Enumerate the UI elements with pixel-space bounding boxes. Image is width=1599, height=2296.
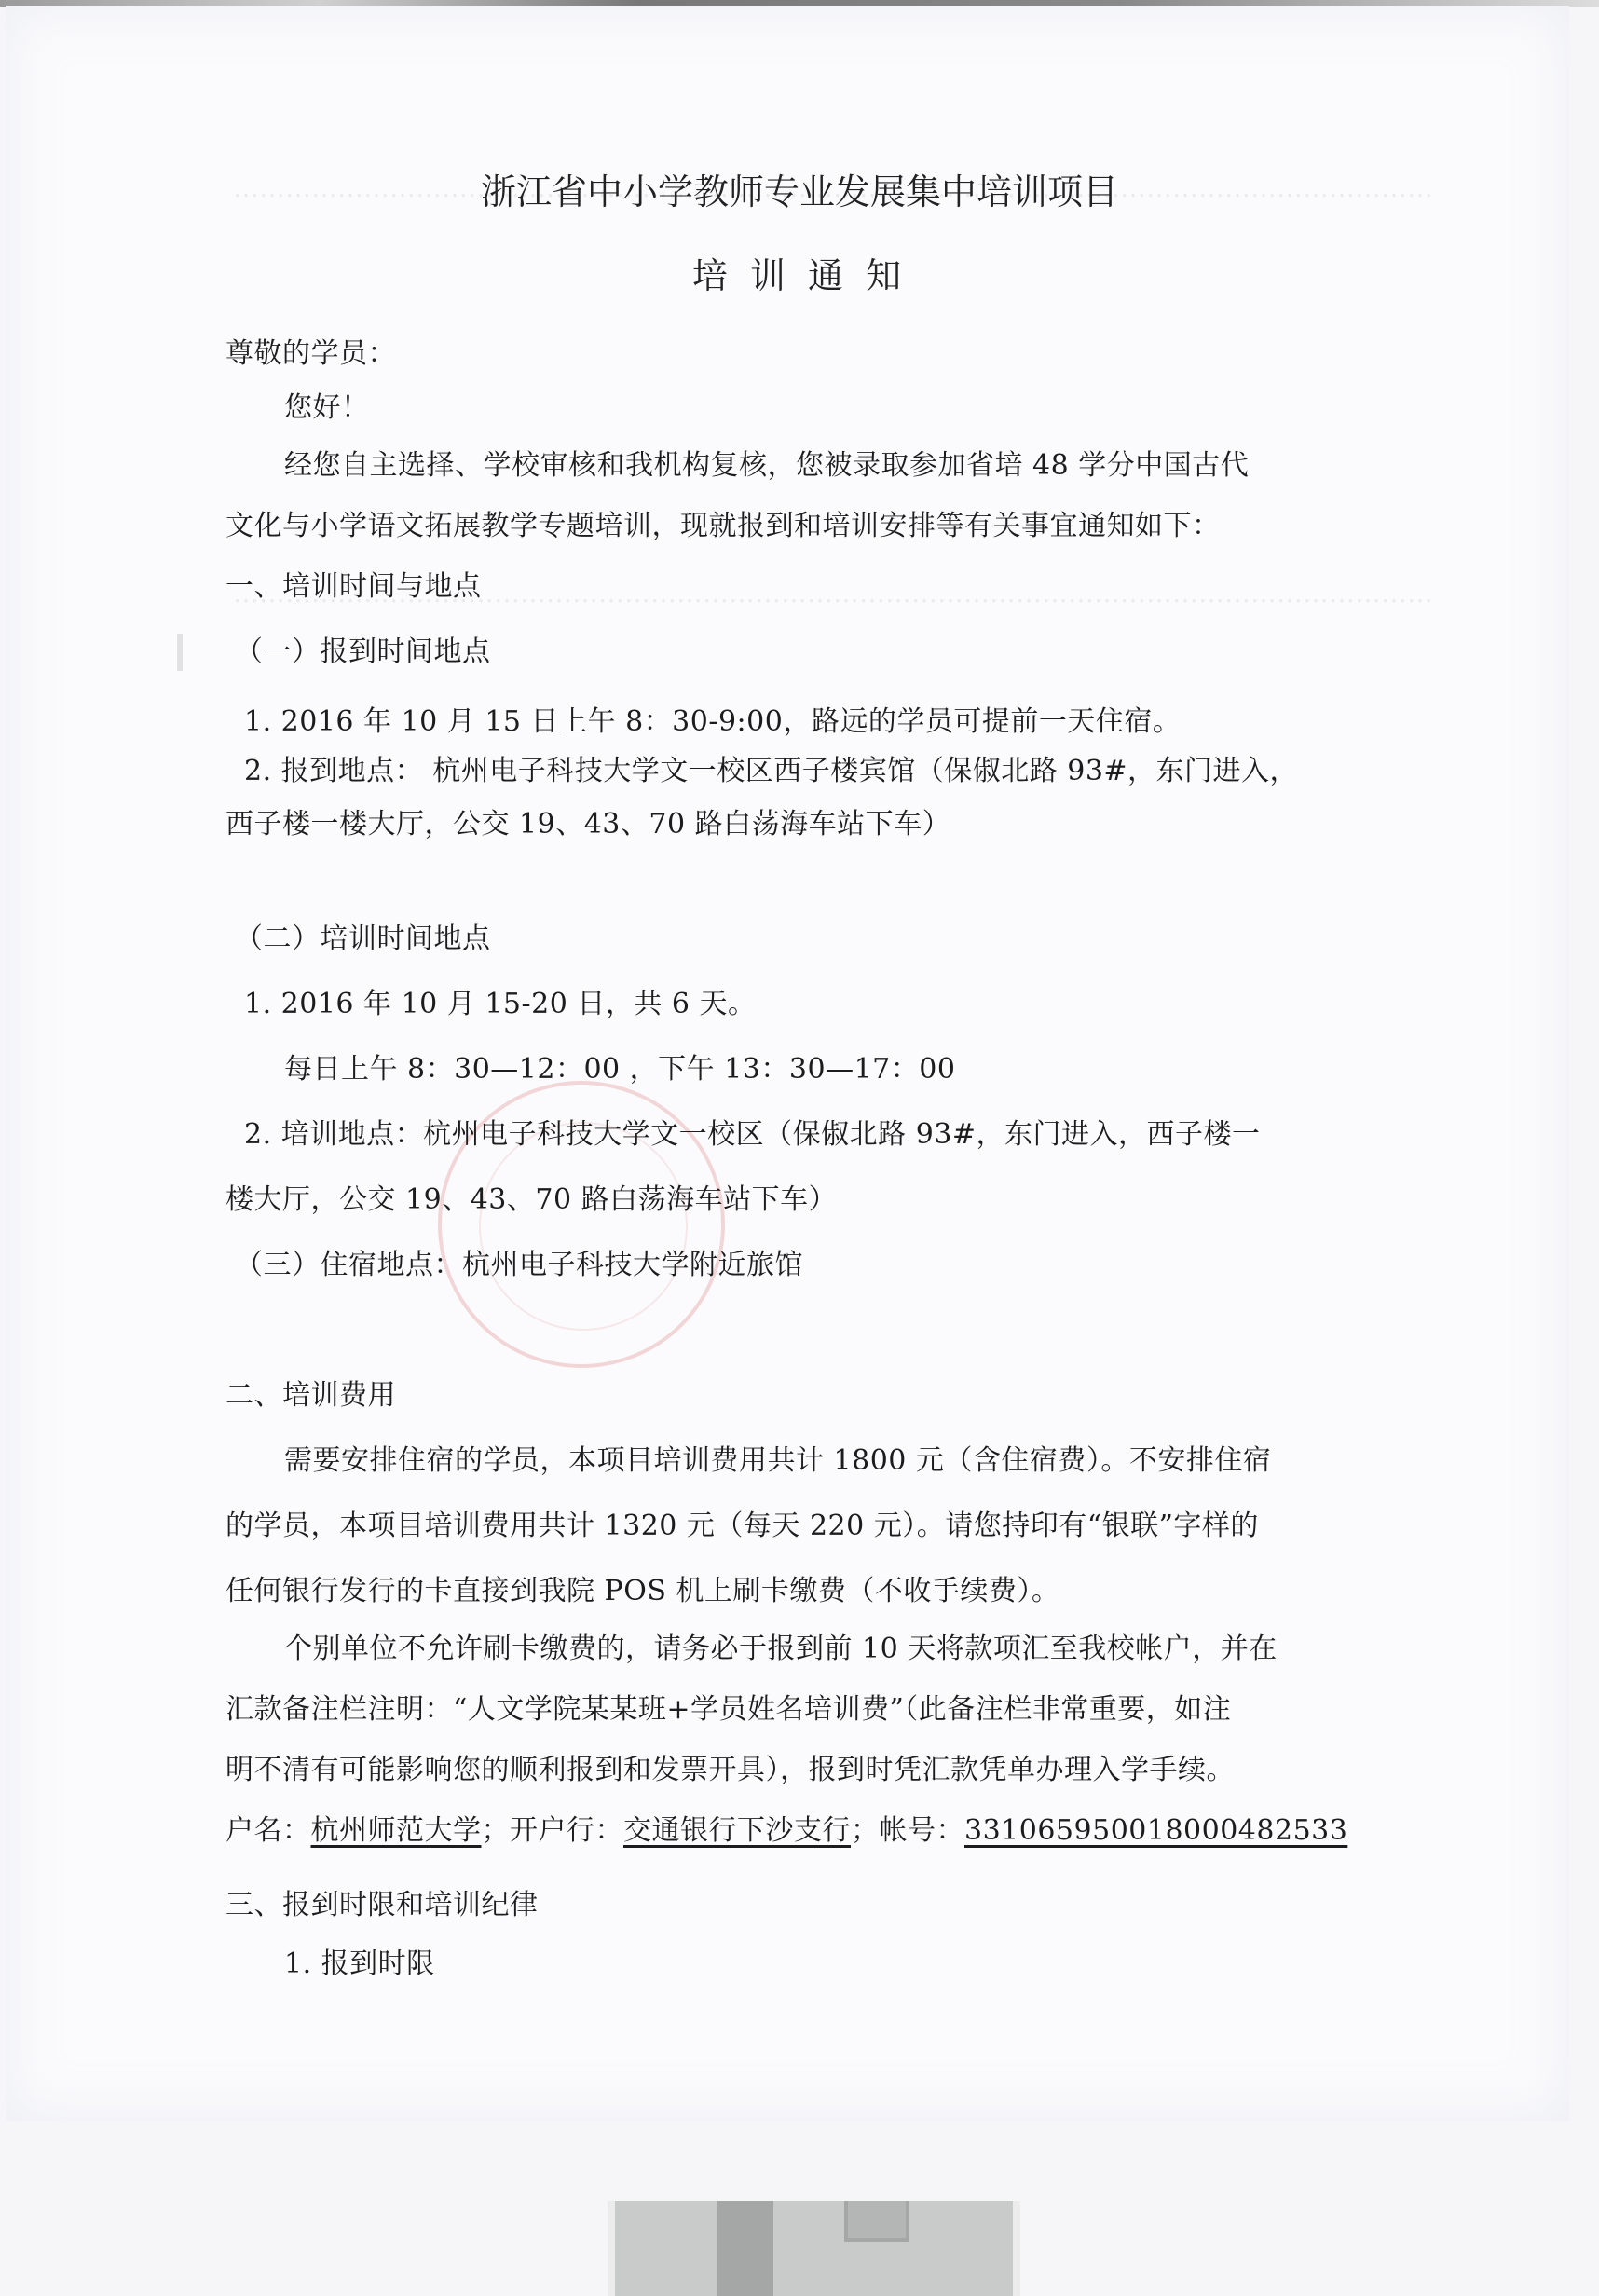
intro-line-1: 经您自主选择、学校审核和我机构复核，您被录取参加省培 48 学分中国古代	[284, 447, 1249, 485]
account-name-value: 杭州师范大学	[311, 1814, 482, 1847]
fee-para1-line-2: 的学员，本项目培训费用共计 1320 元（每天 220 元）。请您持印有“银联”…	[225, 1508, 1259, 1545]
greeting: 您好！	[284, 389, 370, 427]
registration-location-line-1: 2. 报到地点： 杭州电子科技大学文一校区西子楼宾馆（保俶北路 93#，东门进入…	[244, 753, 1298, 790]
accommodation-location: （三）住宿地点：杭州电子科技大学附近旅馆	[235, 1247, 803, 1284]
intro-line-2: 文化与小学语文拓展教学专题培训，现就报到和培训安排等有关事宜通知如下：	[225, 508, 1221, 545]
fee-para1-line-1: 需要安排住宿的学员，本项目培训费用共计 1800 元（含住宿费）。不安排住宿	[284, 1442, 1271, 1480]
document-subtitle: 培 训 通 知	[0, 253, 1599, 298]
film-strip-icon	[717, 2201, 773, 2296]
fee-para1-line-3: 任何银行发行的卡直接到我院 POS 机上刷卡缴费（不收手续费）。	[225, 1573, 1059, 1610]
fee-para2-line-3: 明不清有可能影响您的顺利报到和发票开具），报到时凭汇款凭单办理入学手续。	[225, 1752, 1235, 1789]
fee-para2-line-2: 汇款备注栏注明：“人文学院某某班+学员姓名培训费”（此备注栏非常重要，如注	[225, 1691, 1231, 1729]
separator: ；	[851, 1814, 880, 1847]
picture-frame-icon	[844, 2201, 909, 2242]
fee-para2-line-1: 个别单位不允许刷卡缴费的，请务必于报到前 10 天将款项汇至我校帐户，并在	[284, 1631, 1278, 1668]
document-title: 浙江省中小学教师专业发展集中培训项目	[0, 170, 1599, 214]
bank-branch-value: 交通银行下沙支行	[623, 1814, 851, 1847]
section1-heading: 一、培训时间与地点	[225, 568, 482, 606]
registration-location-line-2: 西子楼一楼大厅，公交 19、43、70 路白荡海车站下车）	[225, 806, 950, 843]
salutation: 尊敬的学员：	[225, 335, 396, 373]
registration-time: 1. 2016 年 10 月 15 日上午 8：30-9:00，路远的学员可提前…	[244, 704, 1181, 741]
account-name-label: 户名：	[225, 1814, 311, 1847]
scan-mark	[177, 634, 183, 671]
training-dates: 1. 2016 年 10 月 15-20 日，共 6 天。	[244, 986, 757, 1023]
section3-item1: 1. 报到时限	[284, 1946, 435, 1983]
training-location-line-2: 楼大厅，公交 19、43、70 路白荡海车站下车）	[225, 1182, 837, 1219]
scanner-device-edge	[608, 2201, 1020, 2296]
account-number-label: 帐号：	[880, 1814, 965, 1847]
account-number-value: 331065950018000482533	[964, 1814, 1347, 1847]
bank-branch-label: 开户行：	[510, 1814, 623, 1847]
section1-sub2-heading: （二）培训时间地点	[235, 921, 491, 958]
separator: ；	[482, 1814, 511, 1847]
section1-sub1-heading: （一）报到时间地点	[235, 634, 491, 671]
bank-account-info: 户名：杭州师范大学；开户行：交通银行下沙支行；帐号：33106595001800…	[225, 1812, 1347, 1850]
section3-heading: 三、报到时限和培训纪律	[225, 1887, 539, 1924]
training-daily-hours: 每日上午 8：30—12：00 ，下午 13：30—17：00	[284, 1051, 955, 1088]
training-location-line-1: 2. 培训地点：杭州电子科技大学文一校区（保俶北路 93#，东门进入，西子楼一	[244, 1116, 1261, 1154]
section2-heading: 二、培训费用	[225, 1377, 396, 1414]
